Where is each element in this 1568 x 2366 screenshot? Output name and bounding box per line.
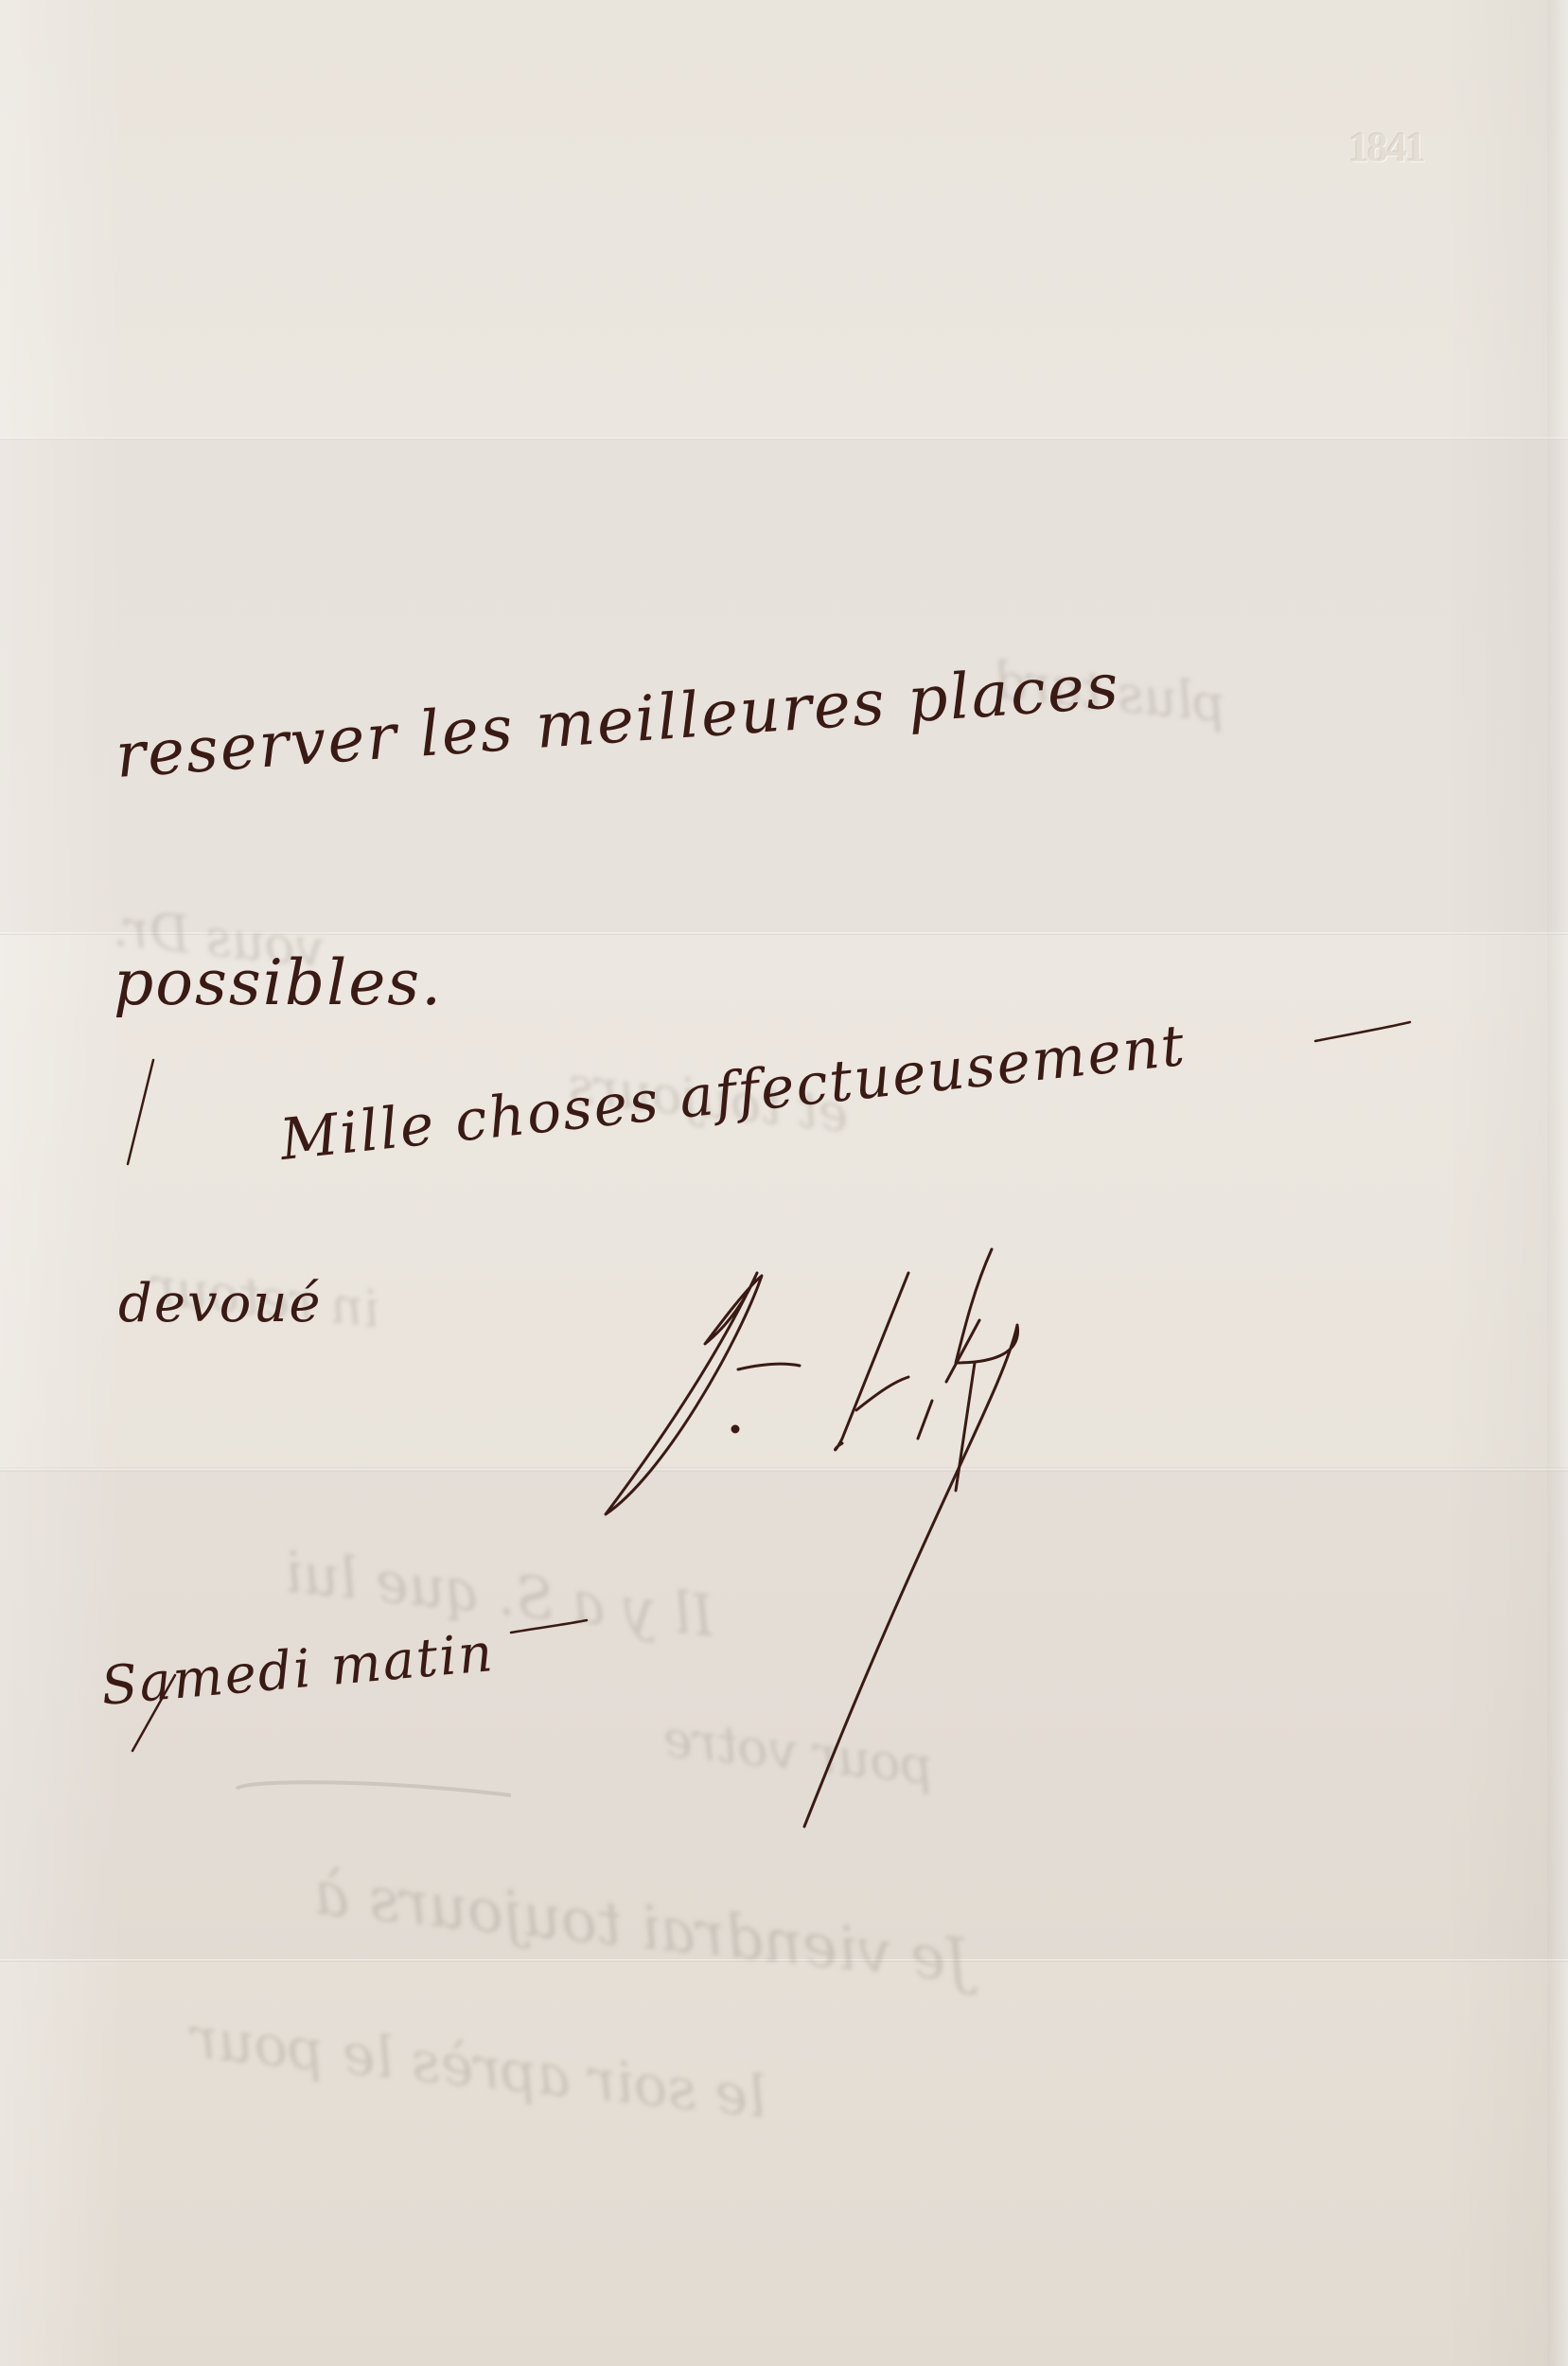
letter-paper: 1841 plus tard vous Dr. et toujours in r… [0, 0, 1568, 2366]
flourish-strokes [0, 0, 1568, 2366]
